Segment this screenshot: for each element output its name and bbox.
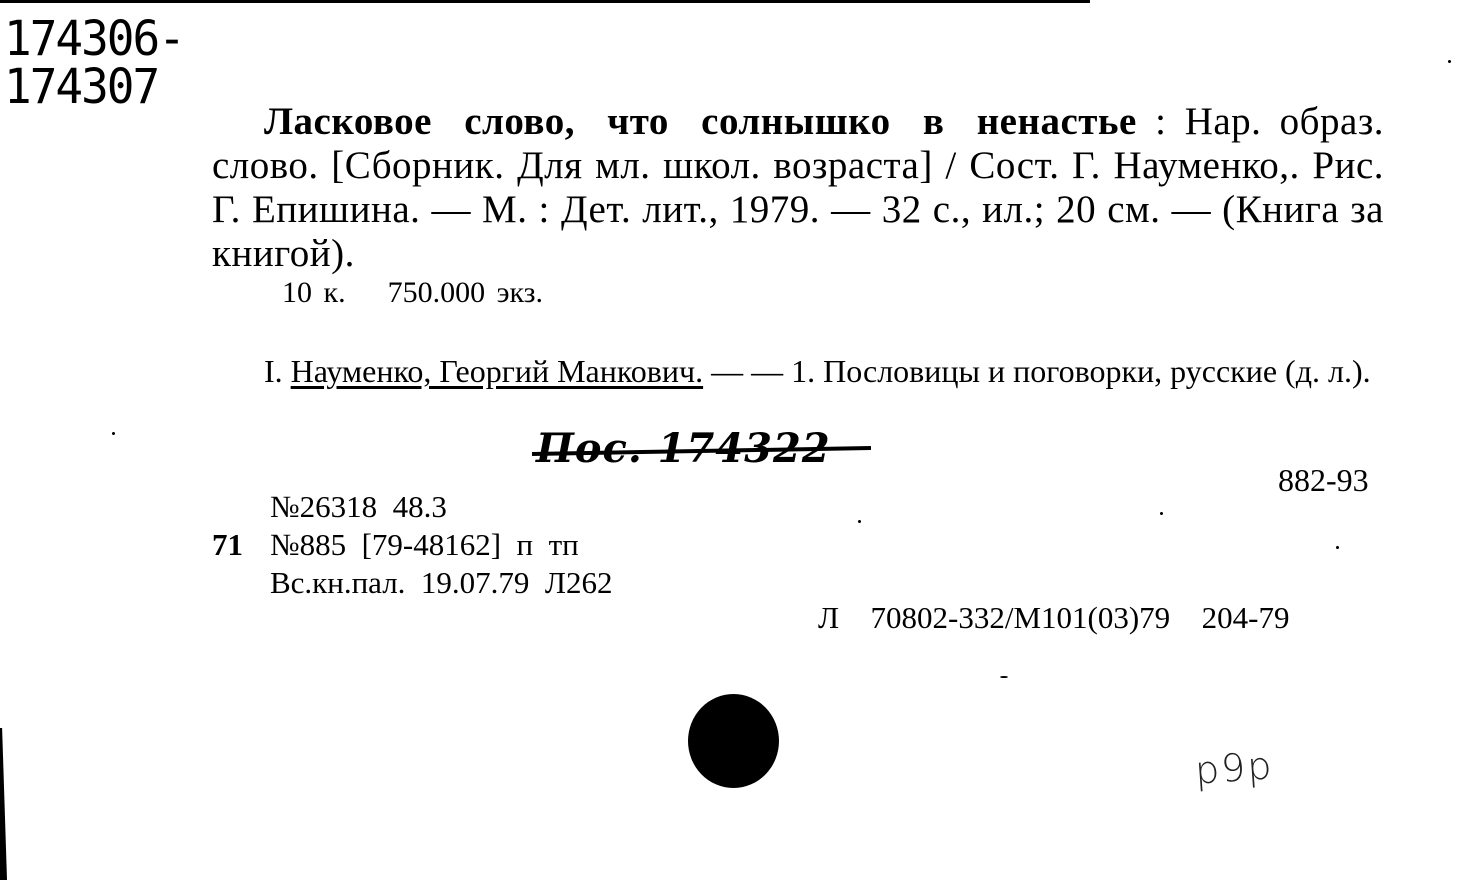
scan-speck bbox=[1448, 60, 1451, 63]
scan-speck bbox=[1160, 512, 1163, 515]
book-title: Ласковое слово, что солнышко в ненастье bbox=[264, 100, 1137, 143]
scan-speck bbox=[1336, 546, 1339, 549]
tracing-author: Науменко, Георгий Манкович. bbox=[291, 353, 703, 389]
tracing-prefix: I. bbox=[264, 353, 283, 389]
tracing-subject: — — 1. Пословицы и поговорки, русские (д… bbox=[711, 353, 1371, 389]
bibliographic-description: Ласковое слово, что солнышко в ненастье … bbox=[212, 100, 1384, 276]
scan-speck bbox=[858, 520, 861, 523]
imprint-block: №26318 48.3 71№885 [79-48162] п тп Вс.кн… bbox=[212, 488, 612, 602]
price: 10 к. bbox=[282, 276, 346, 309]
inventory-number-first: 174306- bbox=[4, 14, 184, 62]
imprint-row: Вс.кн.пал. 19.07.79 Л262 bbox=[212, 564, 612, 602]
imprint-row: 71№885 [79-48162] п тп bbox=[212, 526, 612, 564]
tracing-entries: I. Науменко, Георгий Манкович. — — 1. По… bbox=[212, 352, 1384, 390]
pencil-note: р9р bbox=[1194, 743, 1275, 792]
print-run: 750.000 экз. bbox=[388, 276, 543, 309]
price-line: 10 к.750.000 экз. bbox=[282, 276, 543, 310]
card-left-edge bbox=[0, 728, 7, 880]
class-number: 882-93 bbox=[1278, 462, 1369, 499]
punch-hole bbox=[688, 694, 779, 788]
card-top-border bbox=[0, 0, 1090, 3]
inventory-number-second: 174307 bbox=[4, 62, 184, 110]
publication-index: Л 70802-332/М101(03)79 204-79 bbox=[818, 600, 1290, 636]
imprint-row: №26318 48.3 bbox=[212, 488, 612, 526]
scan-speck bbox=[112, 432, 115, 435]
scan-speck bbox=[1000, 676, 1008, 678]
struck-handwritten-note: Пос. 174322 bbox=[536, 425, 831, 472]
inventory-numbers: 174306- 174307 bbox=[4, 14, 184, 111]
